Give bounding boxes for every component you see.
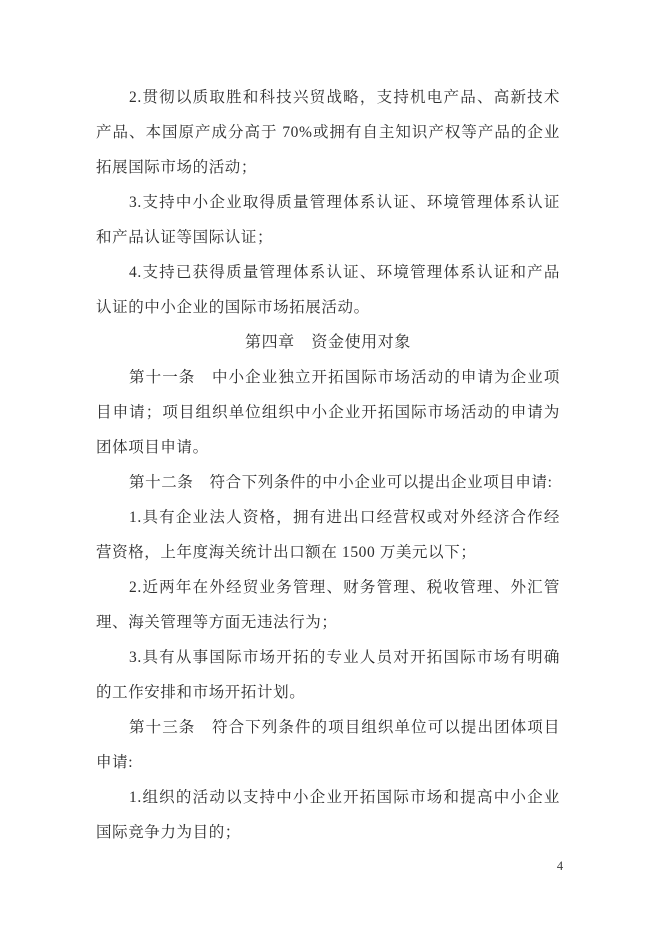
chapter-heading: 第四章 资金使用对象 — [96, 325, 560, 360]
paragraph: 1.组织的活动以支持中小企业开拓国际市场和提高中小企业国际竞争力为目的； — [96, 780, 560, 850]
paragraph: 3.具有从事国际市场开拓的专业人员对开拓国际市场有明确的工作安排和市场开拓计划。 — [96, 640, 560, 710]
document-page: 2.贯彻以质取胜和科技兴贸战略，支持机电产品、高新技术产品、本国原产成分高于 7… — [0, 0, 661, 935]
paragraph: 2.近两年在外经贸业务管理、财务管理、税收管理、外汇管理、海关管理等方面无违法行… — [96, 570, 560, 640]
paragraph: 3.支持中小企业取得质量管理体系认证、环境管理体系认证和产品认证等国际认证； — [96, 185, 560, 255]
page-number: 4 — [548, 857, 572, 875]
paragraph: 第十三条 符合下列条件的项目组织单位可以提出团体项目申请: — [96, 710, 560, 780]
paragraph: 1.具有企业法人资格，拥有进出口经营权或对外经济合作经营资格，上年度海关统计出口… — [96, 500, 560, 570]
paragraph: 4.支持已获得质量管理体系认证、环境管理体系认证和产品认证的中小企业的国际市场拓… — [96, 255, 560, 325]
paragraph: 第十一条 中小企业独立开拓国际市场活动的申请为企业项目申请；项目组织单位组织中小… — [96, 360, 560, 465]
paragraph: 第十二条 符合下列条件的中小企业可以提出企业项目申请: — [96, 465, 560, 500]
paragraph: 2.贯彻以质取胜和科技兴贸战略，支持机电产品、高新技术产品、本国原产成分高于 7… — [96, 80, 560, 185]
document-body: 2.贯彻以质取胜和科技兴贸战略，支持机电产品、高新技术产品、本国原产成分高于 7… — [96, 80, 560, 850]
